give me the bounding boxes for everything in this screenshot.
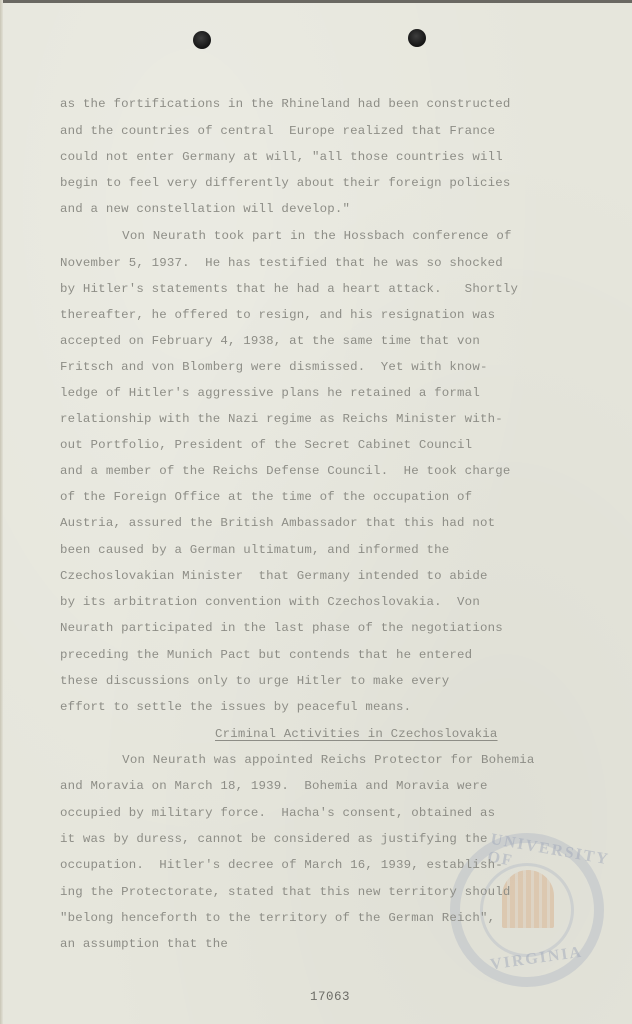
text-line: could not enter Germany at will, "all th… bbox=[60, 149, 503, 165]
text-line: occupation. Hitler's decree of March 16,… bbox=[60, 857, 503, 873]
text-line: thereafter, he offered to resign, and hi… bbox=[60, 307, 495, 323]
text-line: it was by duress, cannot be considered a… bbox=[60, 831, 488, 847]
scan-left-edge bbox=[0, 0, 3, 1024]
text-line: of the Foreign Office at the time of the… bbox=[60, 489, 472, 505]
text-line: accepted on February 4, 1938, at the sam… bbox=[60, 333, 480, 349]
document-page: UNIVERSITY OF VIRGINIA as the fortificat… bbox=[0, 0, 632, 1024]
text-line: been caused by a German ultimatum, and i… bbox=[60, 542, 449, 558]
text-line: Fritsch and von Blomberg were dismissed.… bbox=[60, 359, 488, 375]
text-line: Neurath participated in the last phase o… bbox=[60, 620, 503, 636]
text-line: and the countries of central Europe real… bbox=[60, 123, 495, 139]
text-line: begin to feel very differently about the… bbox=[60, 175, 511, 191]
text-line: occupied by military force. Hacha's cons… bbox=[60, 805, 495, 821]
punch-hole-right bbox=[408, 29, 426, 47]
text-line: out Portfolio, President of the Secret C… bbox=[60, 437, 472, 453]
page-number: 17063 bbox=[310, 990, 350, 1004]
text-line: Von Neurath was appointed Reichs Protect… bbox=[84, 752, 535, 768]
text-line: relationship with the Nazi regime as Rei… bbox=[60, 411, 503, 427]
text-line: November 5, 1937. He has testified that … bbox=[60, 255, 503, 271]
text-line: as the fortifications in the Rhineland h… bbox=[60, 96, 511, 112]
punch-hole-left bbox=[193, 31, 211, 49]
text-line: ing the Protectorate, stated that this n… bbox=[60, 884, 511, 900]
text-line: and a new constellation will develop." bbox=[60, 201, 350, 217]
text-line: ledge of Hitler's aggressive plans he re… bbox=[60, 385, 480, 401]
text-line: by Hitler's statements that he had a hea… bbox=[60, 281, 518, 297]
text-line: Austria, assured the British Ambassador … bbox=[60, 515, 495, 531]
text-line: by its arbitration convention with Czech… bbox=[60, 594, 480, 610]
text-line: and a member of the Reichs Defense Counc… bbox=[60, 463, 511, 479]
text-line: Von Neurath took part in the Hossbach co… bbox=[84, 228, 512, 244]
scan-top-edge bbox=[0, 0, 632, 3]
text-line: "belong henceforth to the territory of t… bbox=[60, 910, 495, 926]
text-line: an assumption that the bbox=[60, 936, 228, 952]
text-line: preceding the Munich Pact but contends t… bbox=[60, 647, 472, 663]
text-line: and Moravia on March 18, 1939. Bohemia a… bbox=[60, 778, 488, 794]
text-line: these discussions only to urge Hitler to… bbox=[60, 673, 449, 689]
text-line: Czechoslovakian Minister that Germany in… bbox=[60, 568, 488, 584]
text-line: effort to settle the issues by peaceful … bbox=[60, 699, 411, 715]
section-heading: Criminal Activities in Czechoslovakia bbox=[215, 726, 498, 742]
